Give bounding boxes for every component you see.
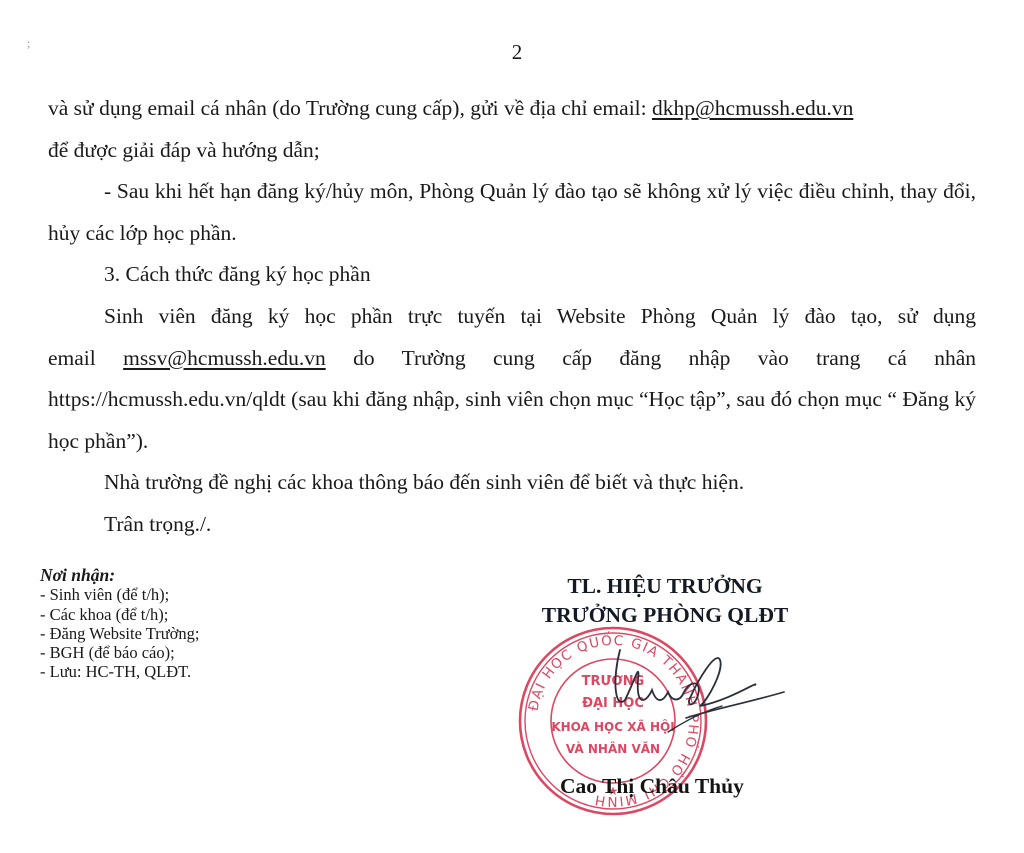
recipient-item: - Sinh viên (để t/h);	[40, 585, 200, 604]
document-body: và sử dụng email cá nhân (do Trường cung…	[48, 88, 976, 546]
paragraph-faculty-request: Nhà trường đề nghị các khoa thông báo đế…	[48, 462, 976, 504]
instructions-line-2: email mssv@hcmussh.edu.vn do Trường cung…	[48, 338, 976, 380]
recipients-list: - Sinh viên (để t/h); - Các khoa (để t/h…	[40, 585, 200, 681]
email-contact-text: và sử dụng email cá nhân (do Trường cung…	[48, 96, 652, 120]
signature-title-block: TL. HIỆU TRƯỞNG TRƯỞNG PHÒNG QLĐT	[500, 572, 830, 630]
section-heading-registration-method: 3. Cách thức đăng ký học phần	[48, 254, 976, 296]
instructions-rest: https://hcmussh.edu.vn/qldt (sau khi đăn…	[48, 379, 976, 462]
support-email-link[interactable]: dkhp@hcmussh.edu.vn	[652, 96, 853, 120]
handwritten-signature-icon	[590, 640, 790, 750]
paragraph-deadline-note: - Sau khi hết hạn đăng ký/hủy môn, Phòng…	[48, 171, 976, 254]
email-contact-suffix: để được giải đáp và hướng dẫn;	[48, 138, 320, 162]
recipient-item: - BGH (để báo cáo);	[40, 643, 200, 662]
page-number: 2	[0, 40, 1024, 65]
recipient-item: - Đăng Website Trường;	[40, 624, 200, 643]
student-email-link[interactable]: mssv@hcmussh.edu.vn	[123, 346, 326, 370]
paragraph-email-contact: và sử dụng email cá nhân (do Trường cung…	[48, 88, 976, 171]
instructions-line-1: Sinh viên đăng ký học phần trực tuyến tạ…	[48, 296, 976, 338]
signer-name: Cao Thị Châu Thủy	[560, 774, 790, 799]
recipients-block: Nơi nhận: - Sinh viên (để t/h); - Các kh…	[40, 566, 200, 682]
paragraph-registration-instructions: Sinh viên đăng ký học phần trực tuyến tạ…	[48, 296, 976, 462]
signature-title-line-1: TL. HIỆU TRƯỞNG	[500, 572, 830, 601]
closing-regards: Trân trọng./.	[48, 504, 976, 546]
recipient-item: - Các khoa (để t/h);	[40, 605, 200, 624]
instructions-line-2-prefix: email	[48, 346, 123, 370]
recipients-title: Nơi nhận:	[40, 566, 200, 585]
instructions-line-2-suffix: do Trường cung cấp đăng nhập vào trang c…	[326, 346, 976, 370]
recipient-item: - Lưu: HC-TH, QLĐT.	[40, 662, 200, 681]
